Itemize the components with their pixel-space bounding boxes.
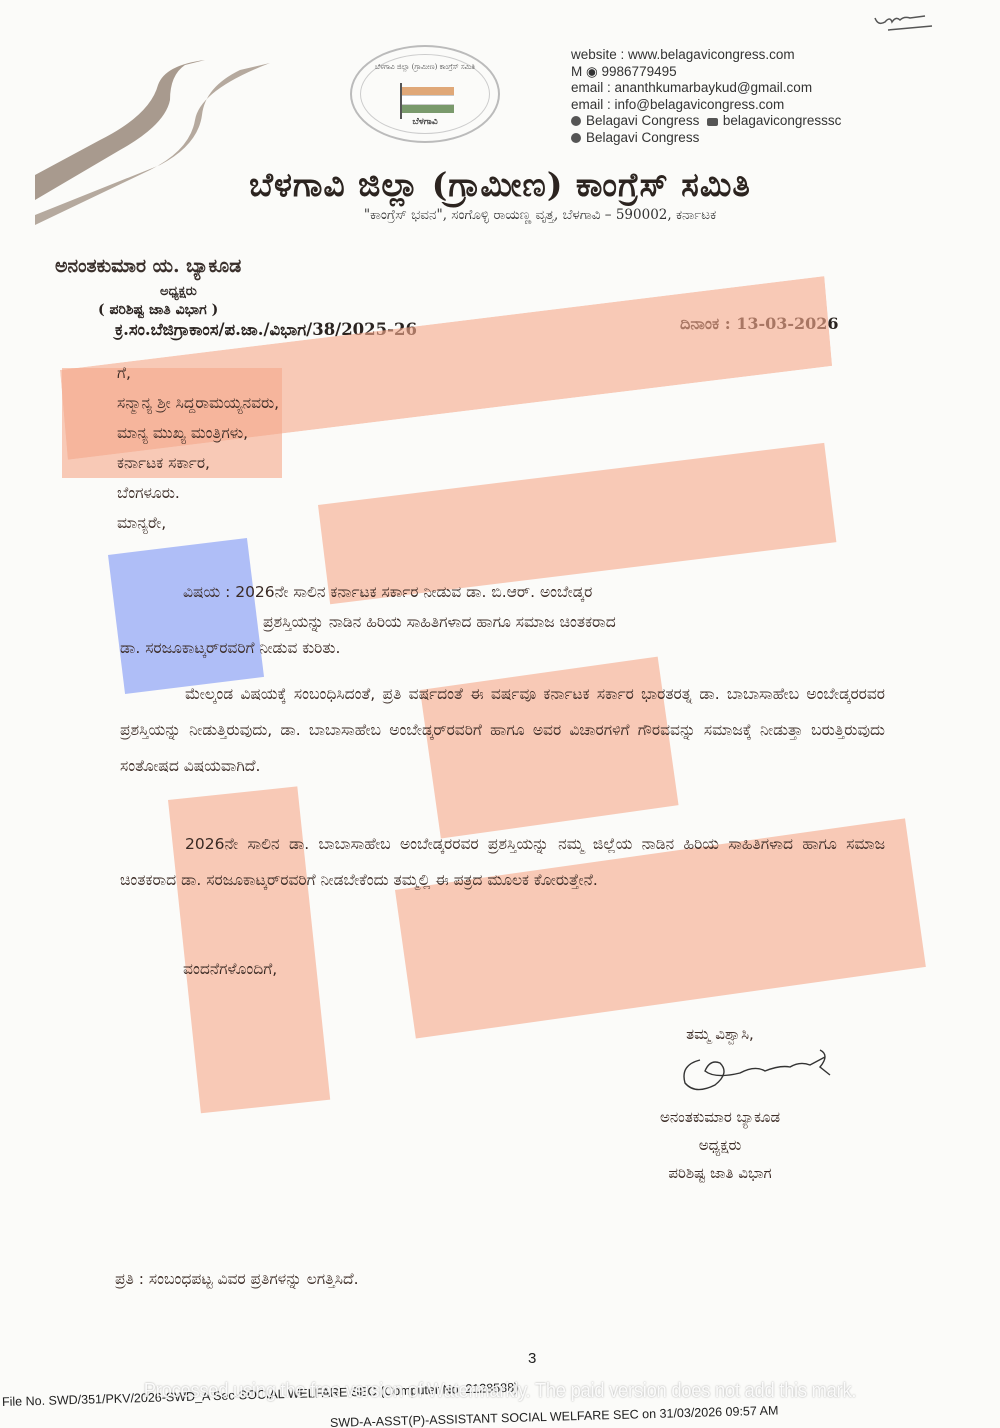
party-emblem: ಬೆಳಗಾವಿ ಜಿಲ್ಲಾ (ಗ್ರಾಮೀಣ) ಕಾಂಗ್ರೆಸ್ ಸಮಿತಿ… — [350, 45, 500, 143]
salutation: ಮಾನ್ಯರೇ, — [117, 508, 279, 538]
enclosure-note: ಪ್ರತಿ : ಸಂಬಂಧಪಟ್ಟ ವಿವರ ಪ್ರತಿಗಳನ್ನು ಲಗತ್ತ… — [115, 1270, 359, 1289]
handwritten-signature — [670, 1045, 840, 1095]
facebook-icon — [571, 116, 581, 126]
page-number: 3 — [528, 1350, 536, 1367]
instagram-handle: Belagavi Congress — [586, 130, 699, 145]
subject-line-3: ಡಾ. ಸರಜೂಕಾಟ್ಕರ್‌ರವರಿಗೆ ನೀಡುವ ಕುರಿತು. — [120, 639, 340, 658]
recipient-line: ಸನ್ಮಾನ್ಯ ಶ್ರೀ ಸಿದ್ದರಾಮಯ್ಯನವರು, — [117, 388, 279, 418]
mobile-text: M ◉ 9986779495 — [571, 64, 841, 81]
signatory-role: ಅಧ್ಯಕ್ಷರು — [590, 1131, 850, 1159]
youtube-handle: belagavicongresssc — [723, 113, 842, 128]
file-stamp-line-2: SWD-A-ASST(P)-ASSISTANT SOCIAL WELFARE S… — [330, 1403, 779, 1428]
emblem-city-text: ಬೆಳಗಾವಿ — [352, 117, 498, 127]
signatory-name: ಅನಂತಕುಮಾರ ಬ್ಯಾಕೂಡ — [590, 1103, 850, 1131]
closing-greeting: ವಂದನೆಗಳೊಂದಿಗೆ, — [183, 960, 277, 979]
recipient-line: ಬೆಂಗಳೂರು. — [117, 478, 279, 508]
email-secondary: email : info@belagavicongress.com — [571, 97, 841, 114]
watermark-text: Processed using the free version of Wate… — [40, 1380, 960, 1403]
subject-line-2: ಪ್ರಶಸ್ತಿಯನ್ನು ನಾಡಿನ ಹಿರಿಯ ಸಾಹಿತಿಗಳಾದ ಹಾಗ… — [183, 607, 833, 637]
emblem-ring-text: ಬೆಳಗಾವಿ ಜಿಲ್ಲಾ (ಗ್ರಾಮೀಣ) ಕಾಂಗ್ರೆಸ್ ಸಮಿತಿ — [352, 63, 498, 72]
initials-mark — [870, 10, 940, 35]
signatory-department: ಪರಿಶಿಷ್ಟ ಜಾತಿ ವಿಭಾಗ — [590, 1159, 850, 1187]
sender-department: ( ಪರಿಶಿಷ್ಟ ಜಾತಿ ವಿಭಾಗ ) — [98, 302, 218, 318]
sender-role: ಅಧ್ಯಕ್ಷರು — [160, 284, 197, 299]
recipient-line: ಮಾನ್ಯ ಮುಖ್ಯ ಮಂತ್ರಿಗಳು, — [117, 418, 279, 448]
youtube-icon — [707, 118, 718, 126]
body-paragraph-2: 2026ನೇ ಸಾಲಿನ ಡಾ. ಬಾಬಾಸಾಹೇಬ ಅಂಬೇಡ್ಕರರವರ ಪ… — [120, 826, 885, 898]
recipient-line: ಕರ್ನಾಟಕ ಸರ್ಕಾರ, — [117, 448, 279, 478]
website-text: website : www.belagavicongress.com — [571, 47, 841, 64]
subject-line-1: ವಿಷಯ : 2026ನೇ ಸಾಲಿನ ಕರ್ನಾಟಕ ಸರ್ಕಾರ ನೀಡುವ… — [183, 577, 833, 607]
organization-title: ಬೆಳಗಾವಿ ಜಿಲ್ಲಾ (ಗ್ರಾಮೀಣ) ಕಾಂಗ್ರೆಸ್ ಸಮಿತಿ — [0, 165, 1000, 205]
recipient-line: ಗೆ, — [117, 358, 279, 388]
body-paragraph-1: ಮೇಲ್ಕಂಡ ವಿಷಯಕ್ಕೆ ಸಂಬಂಧಿಸಿದಂತೆ, ಪ್ರತಿ ವರ್… — [120, 676, 885, 784]
recipient-address: ಗೆ, ಸನ್ಮಾನ್ಯ ಶ್ರೀ ಸಿದ್ದರಾಮಯ್ಯನವರು, ಮಾನ್ಯ… — [117, 358, 279, 538]
sender-name: ಅನಂತಕುಮಾರ ಯ. ಬ್ಯಾಕೂಡ — [55, 255, 241, 277]
signoff: ತಮ್ಮ ವಿಶ್ವಾಸಿ, — [590, 1020, 850, 1048]
instagram-icon — [571, 133, 581, 143]
contact-info: website : www.belagavicongress.com M ◉ 9… — [571, 47, 841, 147]
email-primary: email : ananthkumarbaykud@gmail.com — [571, 80, 841, 97]
subject-block: ವಿಷಯ : 2026ನೇ ಸಾಲಿನ ಕರ್ನಾಟಕ ಸರ್ಕಾರ ನೀಡುವ… — [183, 577, 833, 637]
facebook-handle: Belagavi Congress — [586, 113, 699, 128]
organization-address: "ಕಾಂಗ್ರೆಸ್ ಭವನ", ಸಂಗೊಳ್ಳಿ ರಾಯಣ್ಣ ವೃತ್ತ, … — [0, 207, 1000, 223]
flag-icon — [402, 87, 454, 111]
